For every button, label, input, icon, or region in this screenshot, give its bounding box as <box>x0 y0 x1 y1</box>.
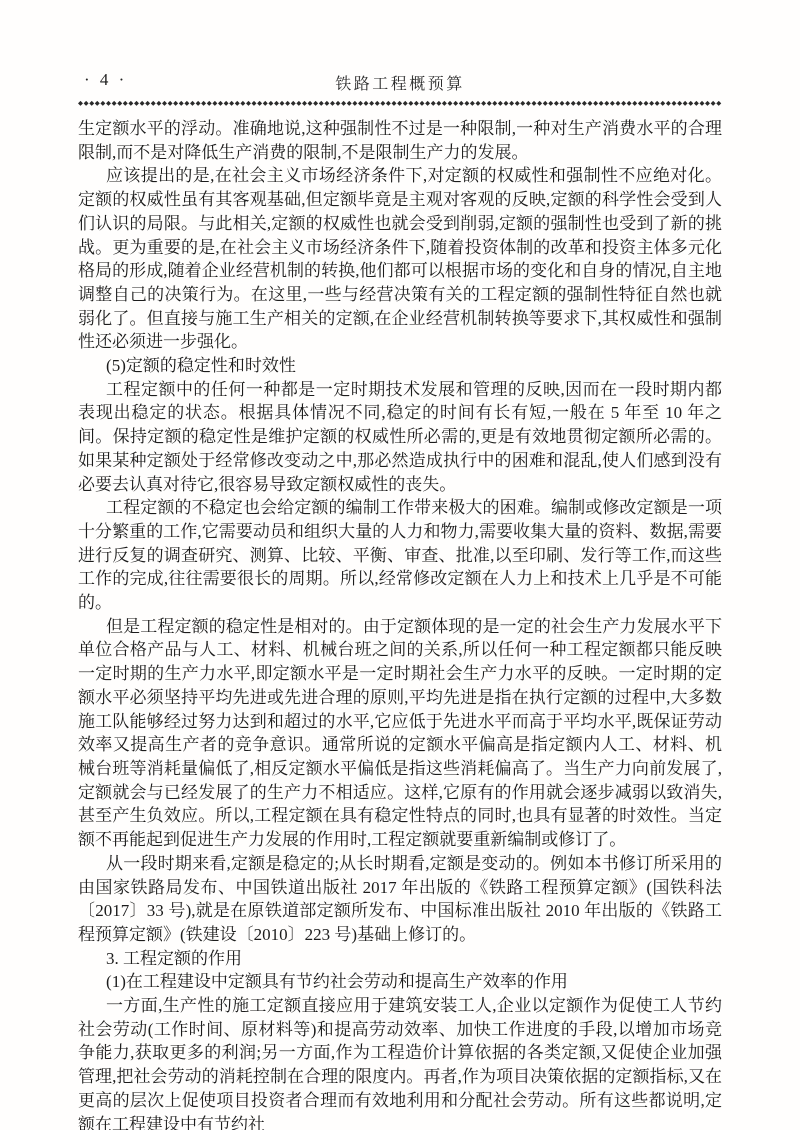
paragraph: 生定额水平的浮动。准确地说,这种强制性不过是一种限制,一种对生产消费水平的合理限… <box>78 117 722 164</box>
paragraph: 应该提出的是,在社会主义市场经济条件下,对定额的权威性和强制性不应绝对化。定额的… <box>78 164 722 354</box>
paragraph: 但是工程定额的稳定性是相对的。由于定额体现的是一定的社会生产力发展水平下单位合格… <box>78 615 722 852</box>
body-paragraphs: 生定额水平的浮动。准确地说,这种强制性不过是一种限制,一种对生产消费水平的合理限… <box>78 117 722 1130</box>
paragraph: 工程定额中的任何一种都是一定时期技术发展和管理的反映,因而在一段时期内都表现出稳… <box>78 378 722 497</box>
book-page: · 4 · 铁路工程概预算 ◆◆◆◆◆◆◆◆◆◆◆◆◆◆◆◆◆◆◆◆◆◆◆◆◆◆… <box>0 0 800 1130</box>
paragraph: 3. 工程定额的作用 <box>78 947 722 971</box>
paragraph: (5)定额的稳定性和时效性 <box>78 354 722 378</box>
paragraph: 工程定额的不稳定也会给定额的编制工作带来极大的困难。编制或修改定额是一项十分繁重… <box>78 496 722 615</box>
paragraph: 一方面,生产性的施工定额直接应用于建筑安装工人,企业以定额作为促使工人节约社会劳… <box>78 994 722 1130</box>
page-title: 铁路工程概预算 <box>78 71 722 94</box>
paragraph: 从一段时期来看,定额是稳定的;从长时期看,定额是变动的。例如本书修订所采用的由国… <box>78 852 722 947</box>
paragraph: (1)在工程建设中定额具有节约社会劳动和提高生产效率的作用 <box>78 970 722 994</box>
running-header: · 4 · 铁路工程概预算 <box>78 0 722 94</box>
diamond-divider: ◆◆◆◆◆◆◆◆◆◆◆◆◆◆◆◆◆◆◆◆◆◆◆◆◆◆◆◆◆◆◆◆◆◆◆◆◆◆◆◆… <box>78 97 722 109</box>
